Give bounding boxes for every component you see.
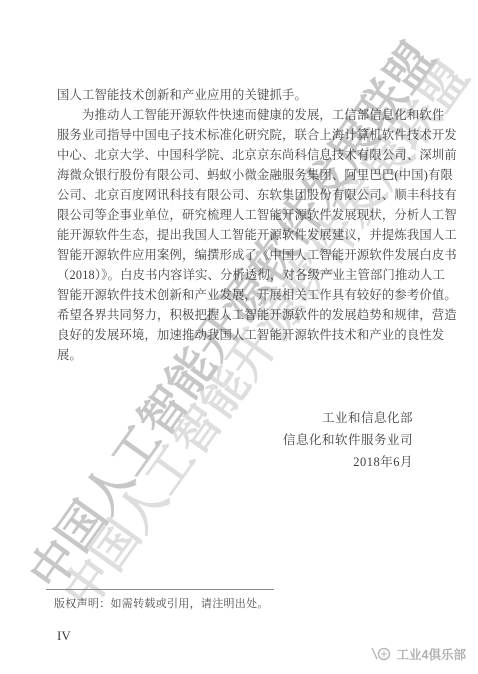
body-line: 能开源软件生态，提出我国人工智能开源软件发展建议，并提炼我国人工 [57, 225, 423, 245]
body-line: 公司、北京百度网讯科技有限公司、东软集团股份有限公司、顺丰科技有 [57, 185, 423, 205]
footnote-divider [46, 589, 274, 590]
document-page: 中国人工智能开源软件发展联盟 中国人工智能开源软件发展联盟 国人工智能技术创新和… [0, 0, 478, 674]
body-line: 展。 [57, 345, 423, 365]
copyright-note: 版权声明：如需转载或引用，请注明出处。 [54, 595, 269, 611]
body-line: 中心、北京大学、中国科学院、北京京东尚科信息技术有限公司、深圳前 [57, 145, 423, 165]
body-line: 限公司等企事业单位，研究梳理人工智能开源软件发展现状，分析人工智 [57, 205, 423, 225]
body-text: 国人工智能技术创新和产业应用的关键抓手。 为推动人工智能开源软件快速而健康的发展… [57, 85, 423, 365]
footer-logo-label: 工业4俱乐部 [397, 645, 466, 663]
body-line: 为推动人工智能开源软件快速而健康的发展，工信部信息化和软件 [57, 105, 423, 125]
signature-dept: 信息化和软件服务业司 [283, 429, 413, 451]
body-line: （2018）》。白皮书内容详实、分析透彻，对各级产业主管部门推动人工 [57, 265, 423, 285]
signature-block: 工业和信息化部 信息化和软件服务业司 2018年6月 [283, 407, 413, 473]
signature-date: 2018年6月 [283, 451, 413, 473]
page-number: IV [57, 628, 71, 644]
body-line: 智能开源软件应用案例，编撰形成了《中国人工智能开源软件发展白皮书 [57, 245, 423, 265]
body-line: 国人工智能技术创新和产业应用的关键抓手。 [57, 85, 423, 105]
footer-logo: 工业4俱乐部 [370, 645, 466, 663]
body-line: 良好的发展环境，加速推动我国人工智能开源软件技术和产业的良性发 [57, 325, 423, 345]
body-line: 智能开源软件技术创新和产业发展，开展相关工作具有较好的参考价值。 [57, 285, 423, 305]
body-line: 希望各界共同努力，积极把握人工智能开源软件的发展趋势和规律，营造 [57, 305, 423, 325]
body-line: 海微众银行股份有限公司、蚂蚁小微金融服务集团、阿里巴巴(中国)有限 [57, 165, 423, 185]
body-line: 服务业司指导中国电子技术标准化研究院，联合上海计算机软件技术开发 [57, 125, 423, 145]
signature-org: 工业和信息化部 [283, 407, 413, 429]
gear-circle-icon [370, 645, 394, 663]
